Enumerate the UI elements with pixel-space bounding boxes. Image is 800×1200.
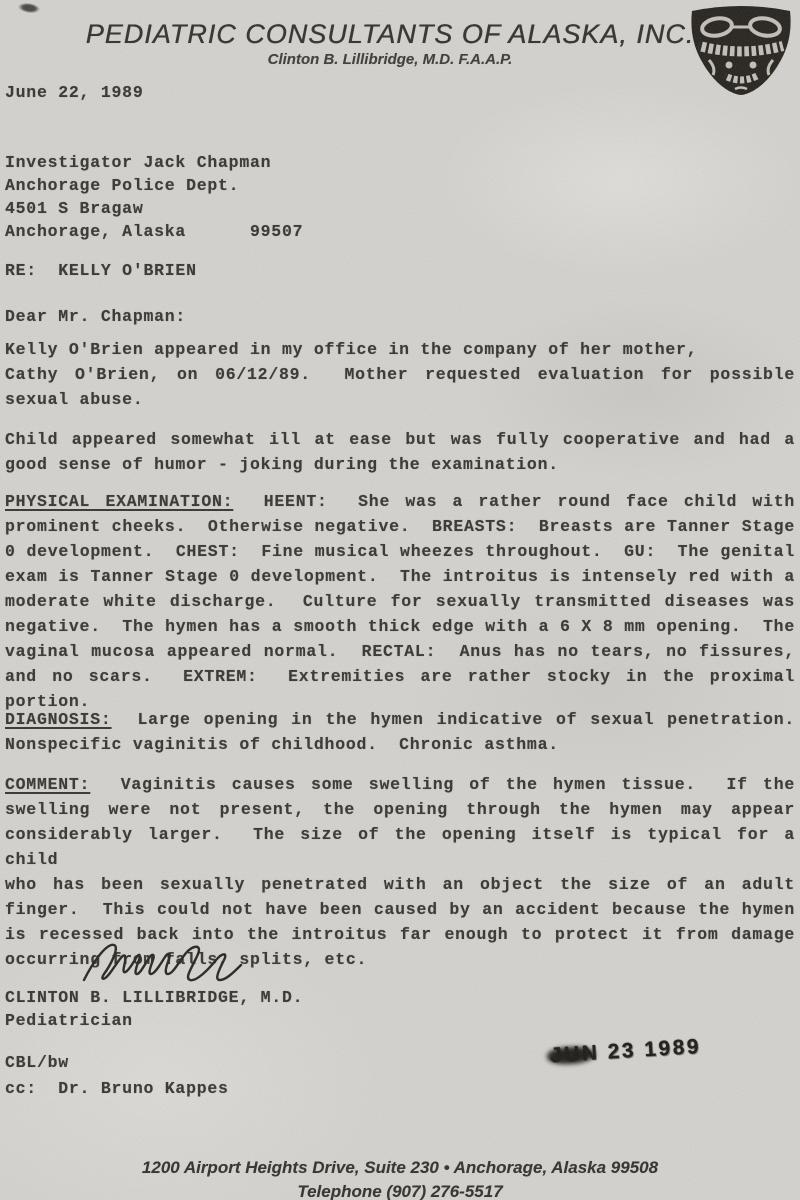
- section-heading-rest: HEENT: She was a rather round face child…: [233, 492, 795, 511]
- letter-line: vaginal mucosa appeared normal. RECTAL: …: [5, 639, 795, 664]
- letter-line: sexual abuse.: [5, 387, 795, 412]
- signer-name: CLINTON B. LILLIBRIDGE, M.D.: [5, 985, 303, 1010]
- letterhead-footer: 1200 Airport Heights Drive, Suite 230 • …: [0, 1156, 800, 1200]
- letter-line: negative. The hymen has a smooth thick e…: [5, 614, 795, 639]
- letter-line: Kelly O'Brien appeared in my office in t…: [5, 337, 795, 362]
- section-heading-rest: Vaginitis causes some swelling of the hy…: [90, 775, 795, 794]
- diagnosis-paragraph: DIAGNOSIS: Large opening in the hymen in…: [5, 707, 795, 757]
- cc-line: cc: Dr. Bruno Kappes: [5, 1076, 229, 1101]
- footer-address: 1200 Airport Heights Drive, Suite 230 • …: [0, 1156, 800, 1180]
- letter-line: Child appeared somewhat ill at ease but …: [5, 427, 795, 452]
- letter-line: good sense of humor - joking during the …: [5, 452, 795, 477]
- letter-line: PHYSICAL EXAMINATION: HEENT: She was a r…: [5, 489, 795, 514]
- letter-line: Cathy O'Brien, on 06/12/89. Mother reque…: [5, 362, 795, 387]
- letter-line: moderate white discharge. Culture for se…: [5, 589, 795, 614]
- salutation: Dear Mr. Chapman:: [5, 304, 186, 329]
- stamp-text: JUN 23 1989: [549, 1035, 701, 1067]
- letter-line: and no scars. EXTREM: Extremities are ra…: [5, 664, 795, 689]
- section-heading: COMMENT:: [5, 775, 90, 794]
- recipient-city-zip: Anchorage, Alaska 99507: [5, 220, 303, 243]
- signer-title: Pediatrician: [5, 1008, 133, 1033]
- tlingit-mask-icon: [685, 4, 797, 101]
- letter-line: 0 development. CHEST: Fine musical wheez…: [5, 539, 795, 564]
- letterhead-company-name: PEDIATRIC CONSULTANTS OF ALASKA, INC.: [0, 20, 780, 50]
- letterhead-physician-line: Clinton B. Lillibridge, M.D. F.A.A.P.: [0, 52, 780, 69]
- letter-line: who has been sexually penetrated with an…: [5, 872, 795, 897]
- letter-line: exam is Tanner Stage 0 development. The …: [5, 564, 795, 589]
- letter-line: finger. This could not have been caused …: [5, 897, 795, 922]
- letter-line: Nonspecific vaginitis of childhood. Chro…: [5, 732, 795, 757]
- recipient-name: Investigator Jack Chapman: [5, 151, 303, 174]
- letter-line: considerably larger. The size of the ope…: [5, 822, 795, 872]
- recipient-street: 4501 S Bragaw: [5, 197, 303, 220]
- date-line: June 22, 1989: [5, 80, 143, 105]
- letter-line: DIAGNOSIS: Large opening in the hymen in…: [5, 707, 795, 732]
- letter-line: COMMENT: Vaginitis causes some swelling …: [5, 772, 795, 797]
- intro-paragraph: Kelly O'Brien appeared in my office in t…: [5, 337, 795, 412]
- received-date-stamp: JUN 23 1989: [549, 1031, 721, 1075]
- scanned-letter-page: PEDIATRIC CONSULTANTS OF ALASKA, INC. Cl…: [0, 0, 800, 1200]
- letter-line: prominent cheeks. Otherwise negative. BR…: [5, 514, 795, 539]
- scan-artifact-speck: [17, 2, 40, 15]
- letter-line: swelling were not present, the opening t…: [5, 797, 795, 822]
- re-line: RE: KELLY O'BRIEN: [5, 258, 197, 283]
- section-heading: PHYSICAL EXAMINATION:: [5, 492, 233, 511]
- section-heading: DIAGNOSIS:: [5, 710, 112, 729]
- physical-exam-paragraph: PHYSICAL EXAMINATION: HEENT: She was a r…: [5, 489, 795, 714]
- observation-paragraph: Child appeared somewhat ill at ease but …: [5, 427, 795, 477]
- recipient-address: Investigator Jack Chapman Anchorage Poli…: [5, 151, 303, 243]
- section-heading-rest: Large opening in the hymen indicative of…: [112, 710, 795, 729]
- typist-initials: CBL/bw: [5, 1050, 69, 1075]
- recipient-dept: Anchorage Police Dept.: [5, 174, 303, 197]
- footer-telephone: Telephone (907) 276-5517: [0, 1180, 800, 1200]
